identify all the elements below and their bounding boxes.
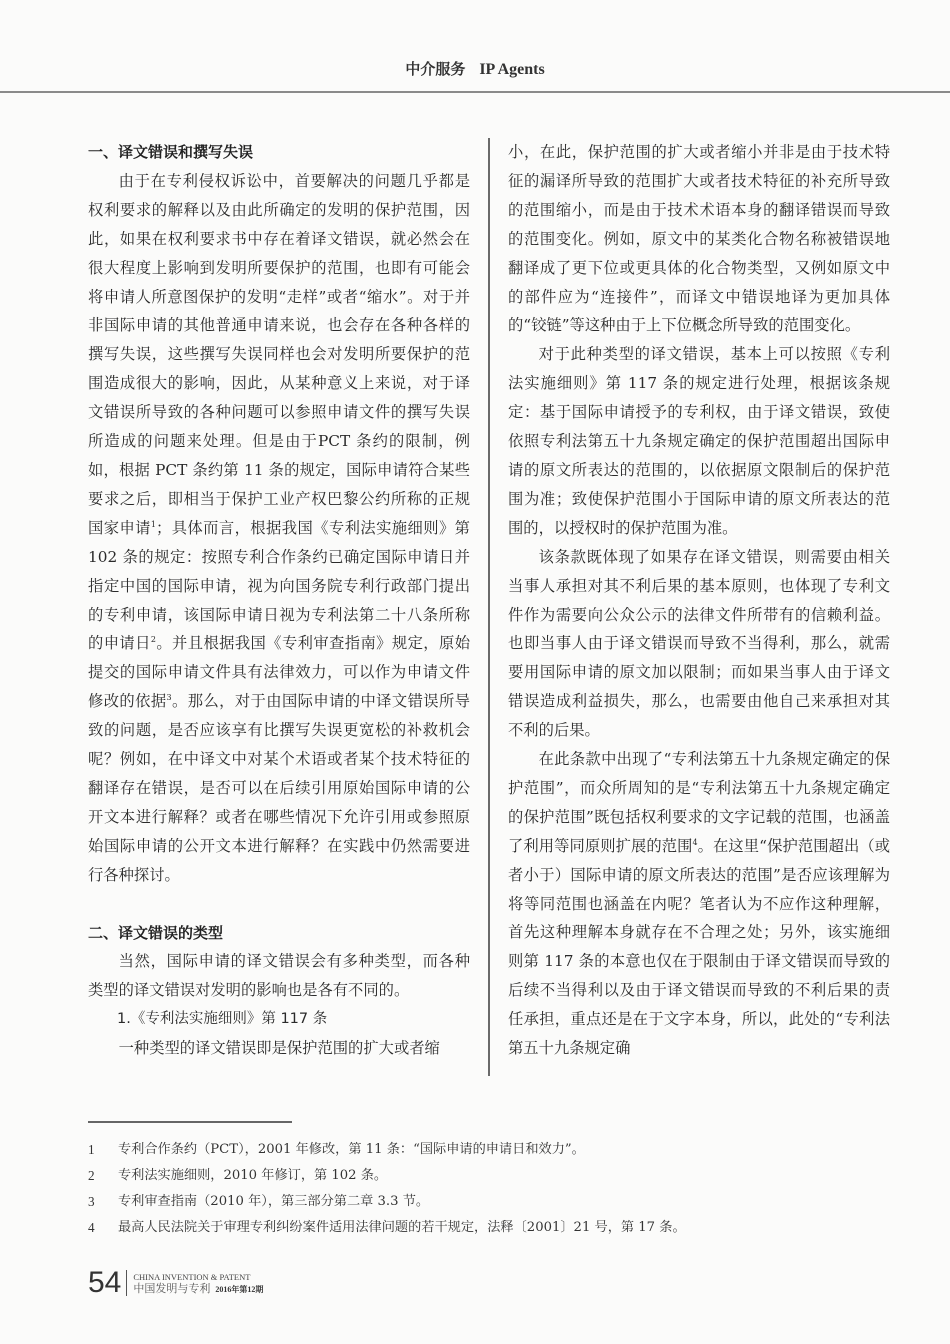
- section-2-heading: 二、译文错误的类型: [88, 919, 470, 948]
- footnote-item: 3专利审查指南（2010 年），第三部分第二章 3.3 节。: [88, 1189, 848, 1215]
- paragraph: 在此条款中出现了“专利法第五十九条规定确定的保护范围”，而众所周知的是“专利法第…: [508, 745, 890, 1063]
- footnote-item: 2专利法实施细则，2010 年修订，第 102 条。: [88, 1163, 848, 1189]
- section-name-en: IP Agents: [479, 61, 544, 78]
- footnotes: 1专利合作条约（PCT），2001 年修改，第 11 条：“国际申请的申请日和效…: [88, 1137, 848, 1241]
- footnote-item: 1专利合作条约（PCT），2001 年修改，第 11 条：“国际申请的申请日和效…: [88, 1137, 848, 1163]
- section-name-cn: 中介服务: [405, 60, 465, 78]
- header-rule: [0, 91, 950, 93]
- right-column: 小，在此，保护范围的扩大或者缩小并非是由于技术特征的漏译所导致的范围扩大或者技术…: [508, 138, 890, 1063]
- page-footer: 54 CHINA INVENTION & PATENT 中国发明与专利 2016…: [88, 1268, 263, 1298]
- running-header: 中介服务IP Agents: [0, 58, 950, 79]
- paragraph: 该条款既体现了如果存在译文错误，则需要由相关当事人承担对其不利后果的基本原则，也…: [508, 543, 890, 745]
- subsection-1-heading: 1.《专利法实施细则》第 117 条: [88, 1005, 470, 1034]
- footnote-item: 4最高人民法院关于审理专利纠纷案件适用法律问题的若干规定，法释〔2001〕21 …: [88, 1215, 848, 1241]
- paragraph: 一种类型的译文错误即是保护范围的扩大或者缩: [88, 1034, 470, 1063]
- magazine-title-cn: 中国发明与专利: [133, 1283, 210, 1294]
- section-1-heading: 一、译文错误和撰写失误: [88, 138, 470, 167]
- footer-divider: [126, 1270, 127, 1296]
- paragraph: 当然，国际申请的译文错误会有多种类型，而各种类型的译文错误对发明的影响也是各有不…: [88, 947, 470, 1005]
- column-divider: [488, 138, 490, 1076]
- left-column: 一、译文错误和撰写失误 由于在专利侵权诉讼中，首要解决的问题几乎都是权利要求的解…: [88, 138, 470, 1063]
- magazine-info: CHINA INVENTION & PATENT 中国发明与专利 2016年第1…: [133, 1272, 263, 1295]
- footnote-rule: [88, 1121, 292, 1123]
- page-number: 54: [88, 1268, 121, 1298]
- issue-number: 2016年第12期: [215, 1284, 263, 1295]
- paragraph: 由于在专利侵权诉讼中，首要解决的问题几乎都是权利要求的解释以及由此所确定的发明的…: [88, 167, 470, 890]
- paragraph: 对于此种类型的译文错误，基本上可以按照《专利法实施细则》第 117 条的规定进行…: [508, 340, 890, 542]
- magazine-title-en: CHINA INVENTION & PATENT: [133, 1272, 263, 1283]
- paragraph: 小，在此，保护范围的扩大或者缩小并非是由于技术特征的漏译所导致的范围扩大或者技术…: [508, 138, 890, 340]
